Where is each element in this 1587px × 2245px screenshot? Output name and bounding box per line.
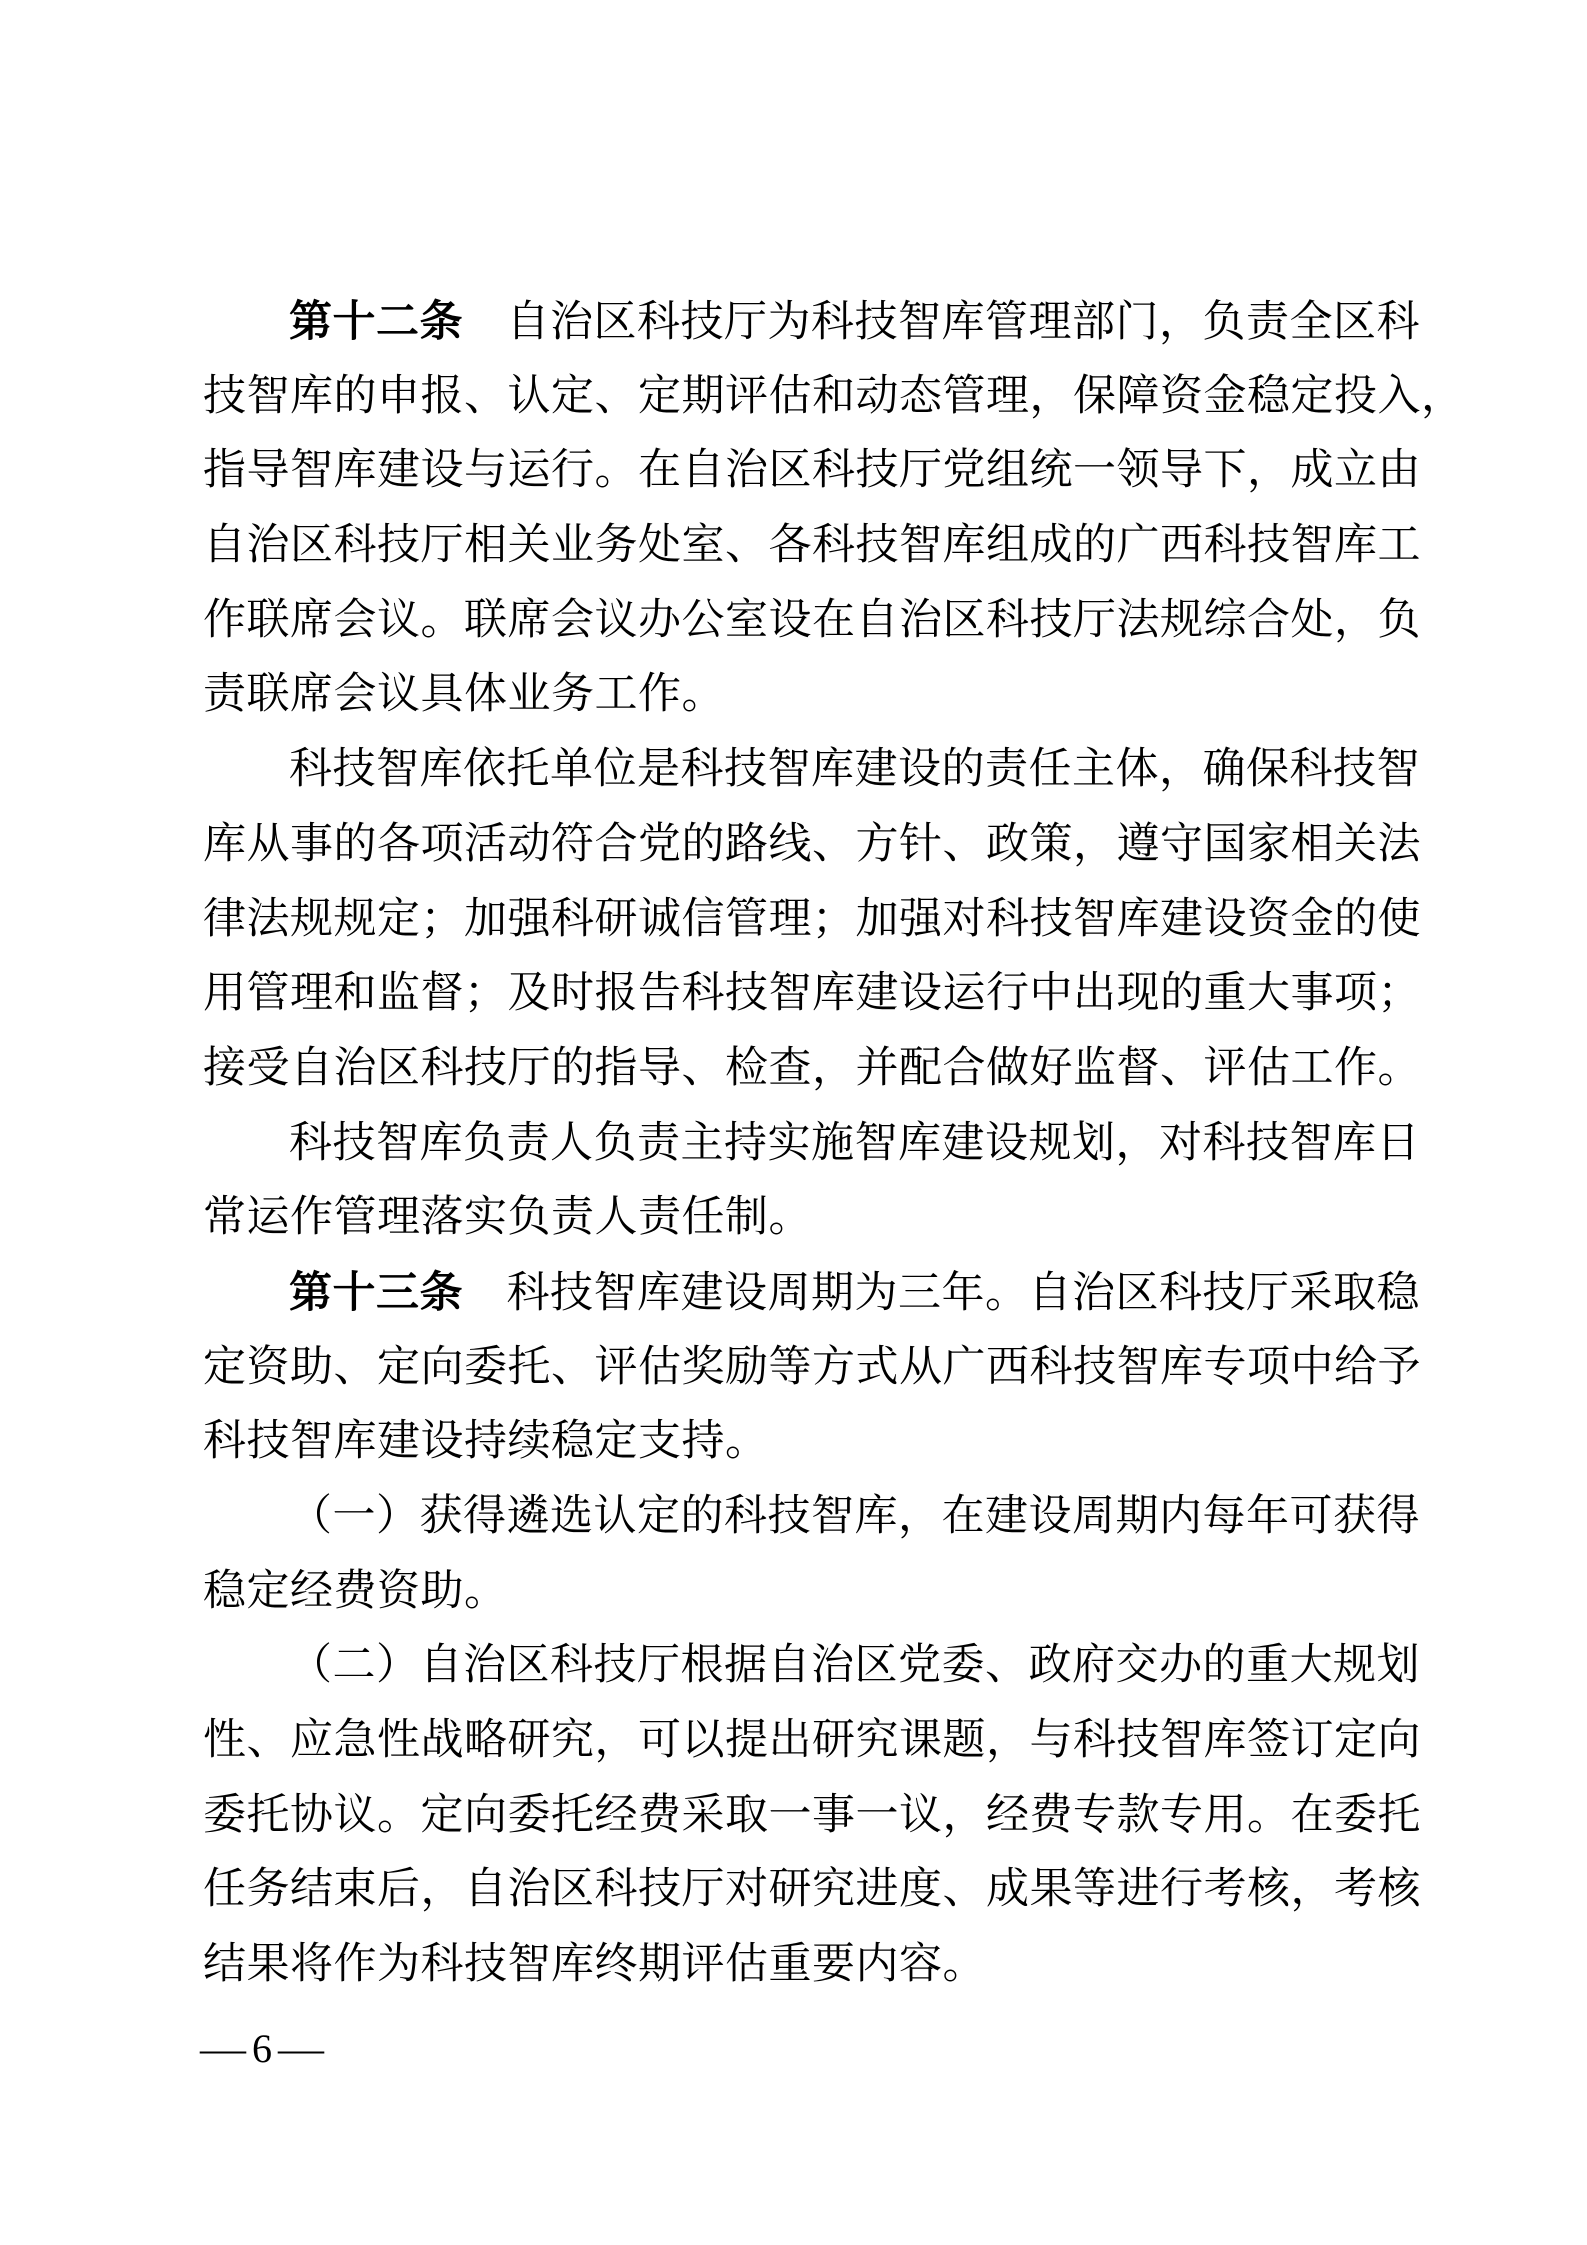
text-line: 定资助、定向委托、评估奖励等方式从广西科技智库专项中给予 [203, 1331, 1379, 1406]
text-run: 自治区科技厅相关业务处室、各科技智库组成的广西科技智库工 [203, 522, 1421, 569]
text-line: 科技智库负责人负责主持实施智库建设规划，对科技智库日 [203, 1107, 1379, 1182]
text-line: 技智库的申报、认定、定期评估和动态管理，保障资金稳定投入， [203, 360, 1379, 435]
footer-left-dash: — [200, 2025, 246, 2072]
text-run: 用管理和监督；及时报告科技智库建设运行中出现的重大事项； [203, 970, 1421, 1017]
text-run: 技智库的申报、认定、定期评估和动态管理，保障资金稳定投入， [203, 373, 1465, 420]
article-number: 第十三条 [289, 1269, 463, 1317]
text-run: 科技智库建设周期为三年。自治区科技厅采取稳 [463, 1270, 1420, 1317]
text-line: 接受自治区科技厅的指导、检查，并配合做好监督、评估工作。 [203, 1032, 1379, 1107]
text-line: 第十三条 科技智库建设周期为三年。自治区科技厅采取稳 [203, 1256, 1379, 1331]
text-line: 稳定经费资助。 [203, 1555, 1379, 1630]
text-run: 科技智库建设持续稳定支持。 [203, 1418, 769, 1465]
text-line: （一）获得遴选认定的科技智库，在建设周期内每年可获得 [203, 1480, 1379, 1555]
article-number: 第十二条 [289, 298, 463, 346]
page-footer: — 6 — [203, 2020, 321, 2076]
text-line: 用管理和监督；及时报告科技智库建设运行中出现的重大事项； [203, 957, 1379, 1032]
text-line: 律法规规定；加强科研诚信管理；加强对科技智库建设资金的使 [203, 883, 1379, 958]
text-line: 性、应急性战略研究，可以提出研究课题，与科技智库签订定向 [203, 1704, 1379, 1779]
text-run: 常运作管理落实负责人责任制。 [203, 1194, 812, 1241]
text-run: （一）获得遴选认定的科技智库，在建设周期内每年可获得 [289, 1493, 1420, 1540]
text-run: 律法规规定；加强科研诚信管理；加强对科技智库建设资金的使 [203, 896, 1421, 943]
text-line: 库从事的各项活动符合党的路线、方针、政策，遵守国家相关法 [203, 808, 1379, 883]
text-block: 第十二条 自治区科技厅为科技智库管理部门，负责全区科技智库的申报、认定、定期评估… [203, 285, 1379, 2003]
text-run: 委托协议。定向委托经费采取一事一议，经费专款专用。在委托 [203, 1792, 1421, 1839]
text-run: 指导智库建设与运行。在自治区科技厅党组统一领导下，成立由 [203, 447, 1421, 494]
text-run: 接受自治区科技厅的指导、检查，并配合做好监督、评估工作。 [203, 1045, 1421, 1092]
text-run: 库从事的各项活动符合党的路线、方针、政策，遵守国家相关法 [203, 821, 1421, 868]
text-line: 结果将作为科技智库终期评估重要内容。 [203, 1928, 1379, 2003]
page-number: 6 [252, 2025, 272, 2072]
text-run: 自治区科技厅为科技智库管理部门，负责全区科 [463, 299, 1420, 346]
text-run: 稳定经费资助。 [203, 1568, 508, 1615]
text-run: 定资助、定向委托、评估奖励等方式从广西科技智库专项中给予 [203, 1344, 1421, 1391]
text-line: 指导智库建设与运行。在自治区科技厅党组统一领导下，成立由 [203, 434, 1379, 509]
text-line: 第十二条 自治区科技厅为科技智库管理部门，负责全区科 [203, 285, 1379, 360]
text-run: 科技智库依托单位是科技智库建设的责任主体，确保科技智 [289, 746, 1420, 793]
text-line: 任务结束后，自治区科技厅对研究进度、成果等进行考核，考核 [203, 1853, 1379, 1928]
text-line: 委托协议。定向委托经费采取一事一议，经费专款专用。在委托 [203, 1779, 1379, 1854]
text-run: 责联席会议具体业务工作。 [203, 671, 725, 718]
text-line: （二）自治区科技厅根据自治区党委、政府交办的重大规划 [203, 1629, 1379, 1704]
text-run: 结果将作为科技智库终期评估重要内容。 [203, 1941, 986, 1988]
footer-right-dash: — [278, 2025, 324, 2072]
text-line: 科技智库建设持续稳定支持。 [203, 1405, 1379, 1480]
text-line: 常运作管理落实负责人责任制。 [203, 1181, 1379, 1256]
text-line: 科技智库依托单位是科技智库建设的责任主体，确保科技智 [203, 733, 1379, 808]
text-line: 自治区科技厅相关业务处室、各科技智库组成的广西科技智库工 [203, 509, 1379, 584]
document-page: 第十二条 自治区科技厅为科技智库管理部门，负责全区科技智库的申报、认定、定期评估… [0, 0, 1587, 2245]
text-run: 性、应急性战略研究，可以提出研究课题，与科技智库签订定向 [203, 1717, 1421, 1764]
text-line: 责联席会议具体业务工作。 [203, 658, 1379, 733]
text-run: 科技智库负责人负责主持实施智库建设规划，对科技智库日 [289, 1120, 1420, 1167]
text-run: 作联席会议。联席会议办公室设在自治区科技厅法规综合处，负 [203, 597, 1421, 644]
text-line: 作联席会议。联席会议办公室设在自治区科技厅法规综合处，负 [203, 584, 1379, 659]
text-run: 任务结束后，自治区科技厅对研究进度、成果等进行考核，考核 [203, 1866, 1421, 1913]
text-run: （二）自治区科技厅根据自治区党委、政府交办的重大规划 [289, 1642, 1420, 1689]
